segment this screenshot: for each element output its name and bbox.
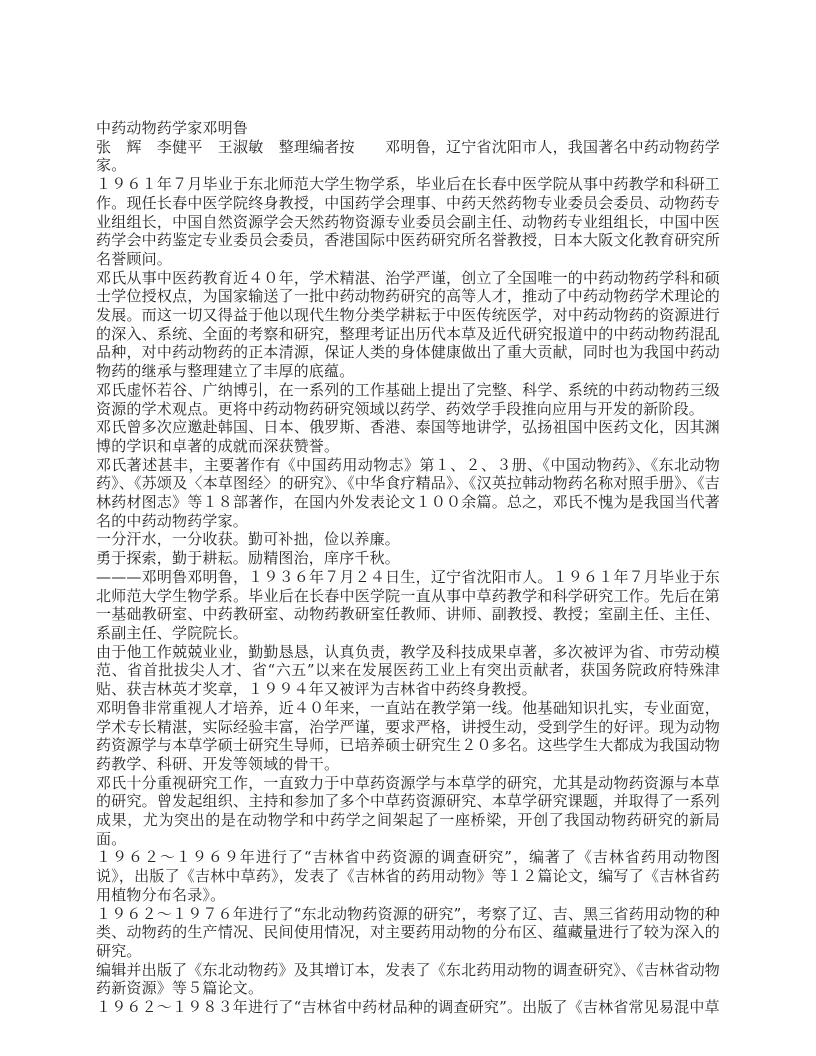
document-title: 中药动物药学家邓明鲁	[96, 119, 720, 138]
byline-paragraph: 张 辉 李健平 王淑敏 整理编者按 邓明鲁，辽宁省沈阳市人，我国著名中药动物药学…	[96, 138, 720, 175]
document-page: 中药动物药学家邓明鲁 张 辉 李健平 王淑敏 整理编者按 邓明鲁，辽宁省沈阳市人…	[0, 0, 816, 1056]
paragraph: １９６２～１９８３年进行了“吉林省中药材品种的调查研究”。出版了《吉林省常见易混…	[96, 998, 720, 1017]
paragraph: ———邓明鲁邓明鲁，１９３６年７月２４日生，辽宁省沈阳市人。１９６１年７月毕业于…	[96, 568, 720, 643]
paragraph: 邓氏十分重视研究工作，一直致力于中草药资源学与本草学的研究，尤其是动物药资源与本…	[96, 774, 720, 849]
paragraph: １９６２～１９６９年进行了“吉林省中药资源的调查研究”，编著了《吉林省药用动物图…	[96, 848, 720, 904]
paragraph: １９６１年７月毕业于东北师范大学生物学系，毕业后在长春中医学院从事中药教学和科研…	[96, 175, 720, 269]
paragraph: 邓氏著述甚丰，主要著作有《中国药用动物志》第１、２、３册、《中国动物药》、《东北…	[96, 456, 720, 531]
paragraph: 邓氏虚怀若谷、广纳博引，在一系列的工作基础上提出了完整、科学、系统的中药动物药三…	[96, 381, 720, 418]
paragraph: 邓明鲁非常重视人才培养，近４０年来，一直站在教学第一线。他基础知识扎实，专业面宽…	[96, 699, 720, 774]
document-body: 中药动物药学家邓明鲁 张 辉 李健平 王淑敏 整理编者按 邓明鲁，辽宁省沈阳市人…	[96, 119, 720, 1017]
paragraph: 编辑并出版了《东北动物药》及其增订本，发表了《东北药用动物的调查研究》、《吉林省…	[96, 961, 720, 998]
paragraph: 邓氏从事中医药教育近４０年，学术精湛、治学严谨，创立了全国唯一的中药动物药学科和…	[96, 269, 720, 381]
motto-paragraph: 一分汗水，一分收获。勤可补拙，俭以养廉。	[96, 530, 720, 549]
motto-paragraph: 勇于探索，勤于耕耘。励精图治，庠序千秋。	[96, 549, 720, 568]
paragraph: １９６２～１９７６年进行了“东北动物药资源的研究”，考察了辽、吉、黑三省药用动物…	[96, 905, 720, 961]
paragraph: 由于他工作兢兢业业，勤勤恳恳，认真负责，教学及科技成果卓著，多次被评为省、市劳动…	[96, 643, 720, 699]
paragraph: 邓氏曾多次应邀赴韩国、日本、俄罗斯、香港、泰国等地讲学，弘扬祖国中医药文化，因其…	[96, 418, 720, 455]
